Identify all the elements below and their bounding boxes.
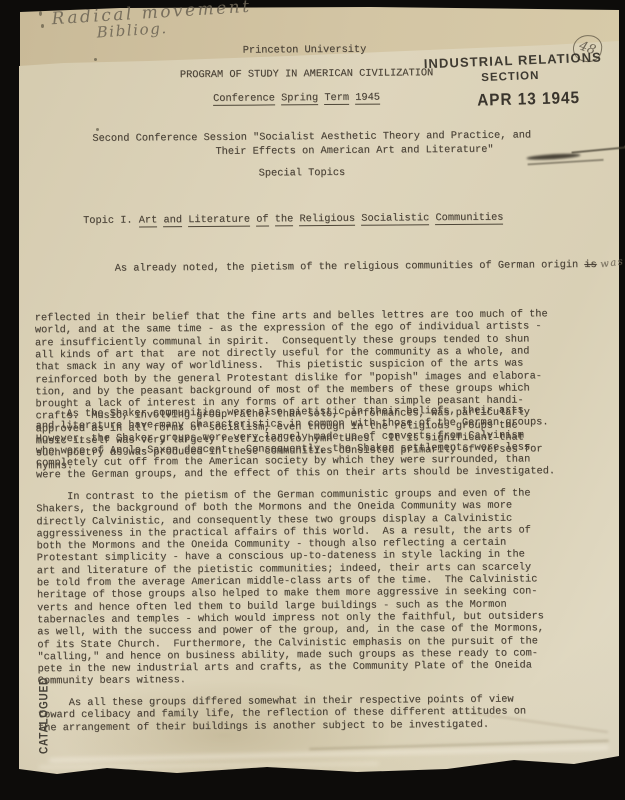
institution-name: Princeton University xyxy=(243,44,367,57)
pencil-scratch-mark xyxy=(526,153,580,161)
document-scan: Radical movement Bibliog. 48 INDUSTRIAL … xyxy=(0,0,625,800)
program-title: PROGRAM OF STUDY IN AMERICAN CIVILIZATIO… xyxy=(180,67,433,81)
conference-term-heading: Conference Spring Term 1945 xyxy=(213,92,380,106)
handwritten-correction: was xyxy=(600,256,625,271)
paragraph-3: In contrast to the pietism of the German… xyxy=(36,487,544,688)
typed-line: Community bears witness. xyxy=(38,672,545,688)
session-title-line1: Second Conference Session "Socialist Aes… xyxy=(92,129,531,145)
underlined-word: 1945 xyxy=(355,92,380,105)
struck-word: is xyxy=(584,259,596,271)
underlined-word: Term xyxy=(324,92,349,105)
underlined-word: Conference xyxy=(213,92,275,105)
typed-line: As already noted, the pietism of the rel… xyxy=(34,246,625,288)
session-title-line2: Their Effects on American Art and Litera… xyxy=(215,144,493,158)
typed-content: Princeton University PROGRAM OF STUDY IN… xyxy=(32,0,613,800)
paragraph-4: As all these groups differed somewhat in… xyxy=(38,693,526,734)
paragraph-1-first-line: As already noted, the pietism of the rel… xyxy=(84,259,585,275)
special-topics-heading: Special Topics xyxy=(259,167,346,180)
paragraph-2: As the Shaker communities were also piet… xyxy=(35,404,555,482)
underlined-word: Spring xyxy=(281,92,318,105)
